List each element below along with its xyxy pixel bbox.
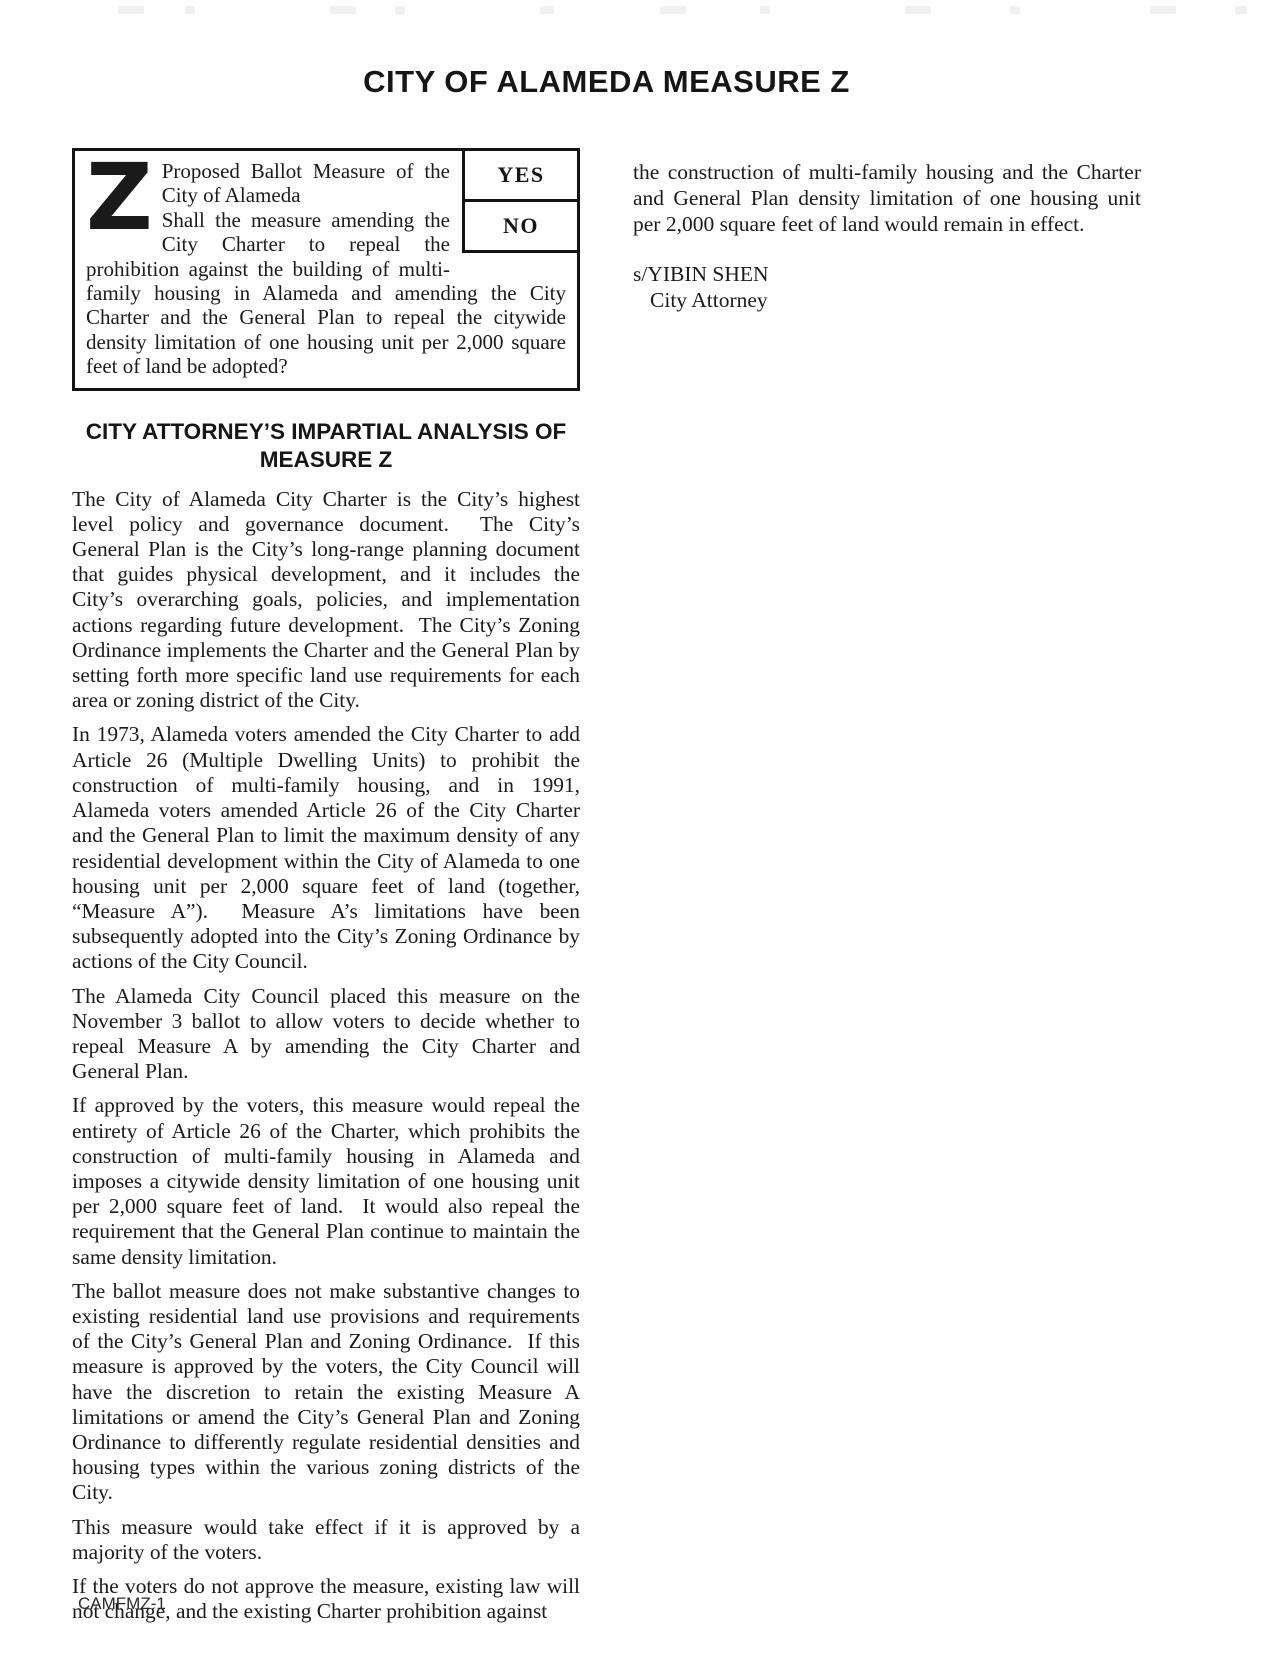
- analysis-heading: CITY ATTORNEY’S IMPARTIAL ANALYSIS OF ME…: [72, 418, 580, 474]
- analysis-body: The City of Alameda City Charter is the …: [72, 487, 580, 1625]
- analysis-heading-line1: CITY ATTORNEY’S IMPARTIAL ANALYSIS OF: [72, 418, 580, 446]
- document-page: CITY OF ALAMEDA MEASURE Z YES NO Z Propo…: [0, 0, 1280, 1656]
- analysis-heading-line2: MEASURE Z: [72, 446, 580, 474]
- analysis-paragraph: This measure would take effect if it is …: [72, 1515, 580, 1565]
- analysis-paragraph: The Alameda City Council placed this mea…: [72, 984, 580, 1085]
- left-column: YES NO Z Proposed Ballot Measure of the …: [72, 148, 580, 1633]
- analysis-paragraph: In 1973, Alameda voters amended the City…: [72, 722, 580, 974]
- footer-form-code: CAMFMZ-1: [78, 1594, 166, 1614]
- page-title: CITY OF ALAMEDA MEASURE Z: [72, 64, 1141, 100]
- yes-no-choice-box: YES NO: [462, 148, 580, 253]
- signature-title: City Attorney: [633, 287, 1141, 313]
- scan-edge-artifacts: [0, 3, 1280, 15]
- analysis-paragraph: The ballot measure does not make substan…: [72, 1279, 580, 1506]
- signature-name: s/YIBIN SHEN: [633, 261, 1141, 287]
- ballot-measure-box: YES NO Z Proposed Ballot Measure of the …: [72, 148, 580, 391]
- analysis-paragraph: If approved by the voters, this measure …: [72, 1093, 580, 1269]
- analysis-continuation: the construction of multi-family housing…: [633, 159, 1141, 237]
- signature-block: s/YIBIN SHEN City Attorney: [633, 261, 1141, 313]
- no-option: NO: [465, 202, 577, 250]
- measure-letter-dropcap: Z: [86, 161, 149, 234]
- yes-option: YES: [465, 151, 577, 202]
- right-column: the construction of multi-family housing…: [633, 148, 1141, 313]
- analysis-paragraph: The City of Alameda City Charter is the …: [72, 487, 580, 714]
